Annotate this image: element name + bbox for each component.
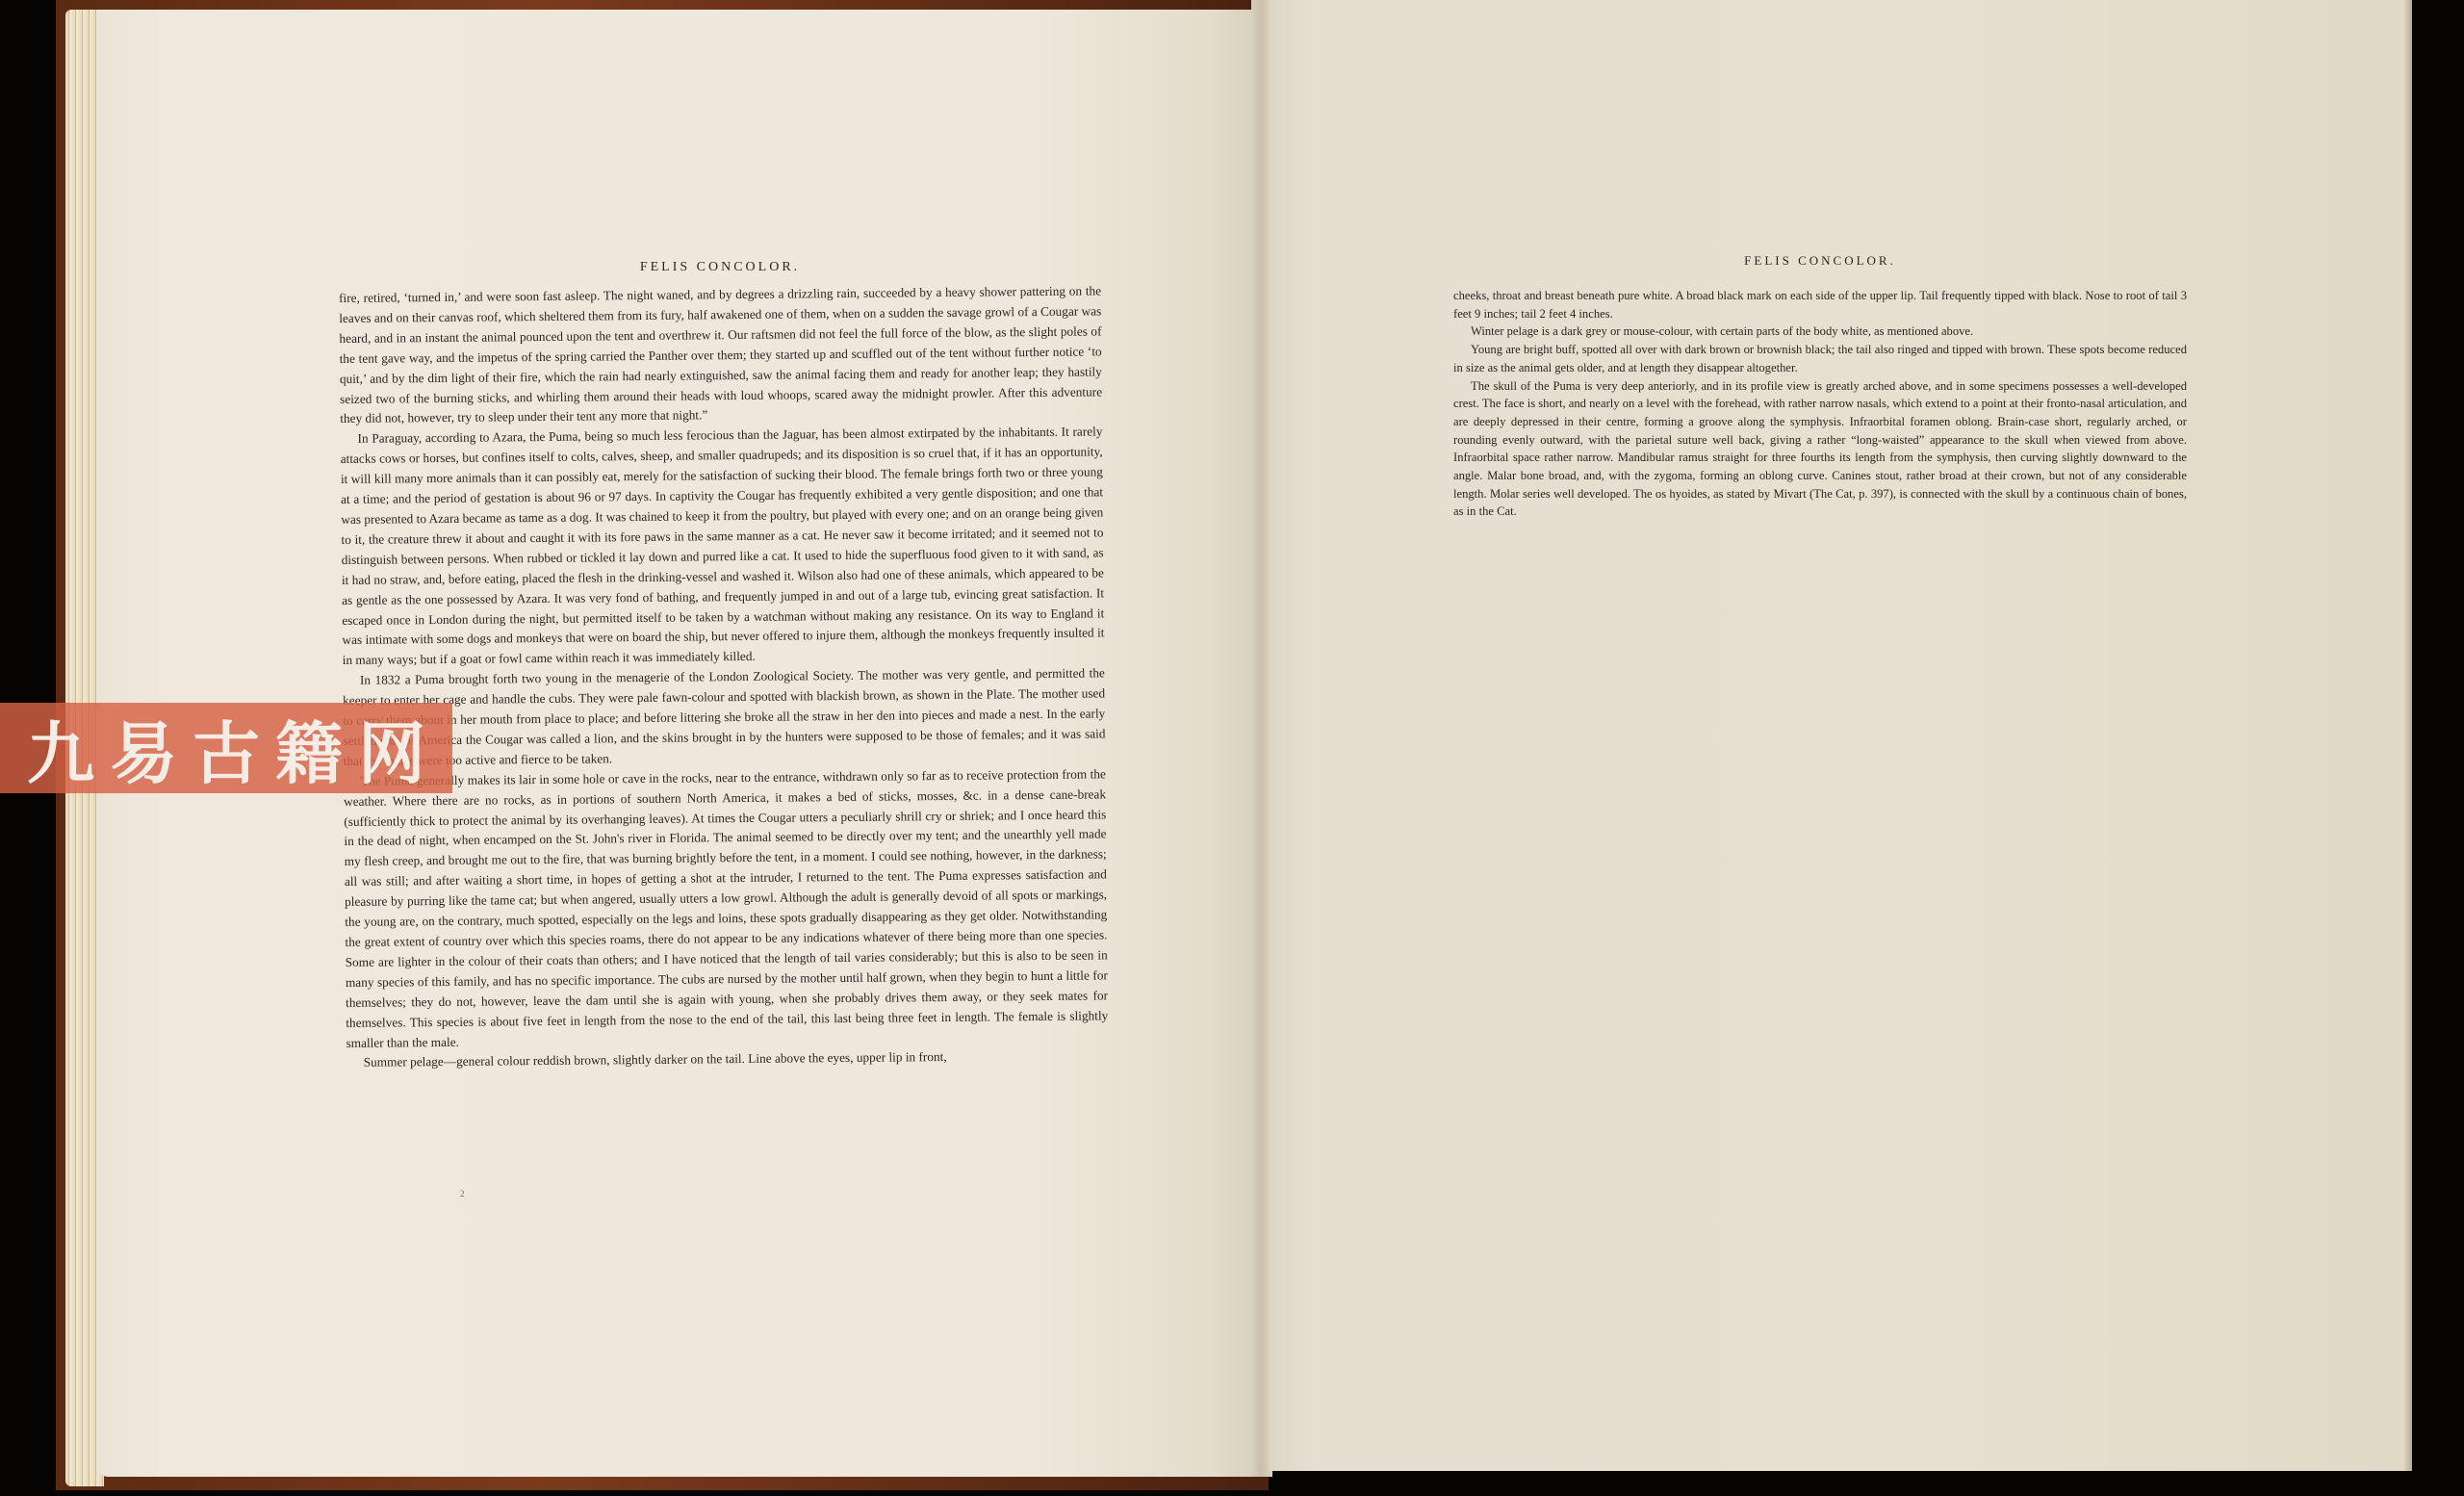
right-page-edge: [2404, 0, 2412, 1471]
paragraph: cheeks, throat and breast beneath pure w…: [1453, 287, 2187, 322]
right-running-head: FELIS CONCOLOR.: [1453, 253, 2187, 269]
watermark-char: 籍: [275, 700, 343, 797]
paragraph: Young are bright buff, spotted all over …: [1453, 341, 2187, 376]
paragraph: In 1832 a Puma brought forth two young i…: [343, 664, 1106, 772]
watermark-char: 网: [358, 700, 425, 797]
watermark-char: 易: [110, 700, 177, 797]
right-page: [1269, 0, 2410, 1471]
watermark-char: 九: [27, 700, 94, 797]
left-page-text: fire, retired, ‘turned in,’ and were soo…: [339, 281, 1109, 1073]
paragraph: Winter pelage is a dark grey or mouse-co…: [1453, 322, 2187, 341]
paragraph: In Paraguay, according to Azara, the Pum…: [340, 423, 1104, 671]
paragraph: fire, retired, ‘turned in,’ and were soo…: [339, 281, 1102, 429]
left-running-head: FELIS CONCOLOR.: [339, 260, 1101, 275]
paragraph: The skull of the Puma is very deep anter…: [1453, 377, 2187, 522]
signature-mark: 2: [460, 1189, 465, 1199]
paragraph: The Puma generally makes its lair in som…: [344, 764, 1109, 1053]
watermark-char: 古: [192, 700, 260, 797]
watermark-banner: 九 易 古 籍 网: [0, 703, 452, 793]
right-page-text: cheeks, throat and breast beneath pure w…: [1453, 287, 2187, 521]
